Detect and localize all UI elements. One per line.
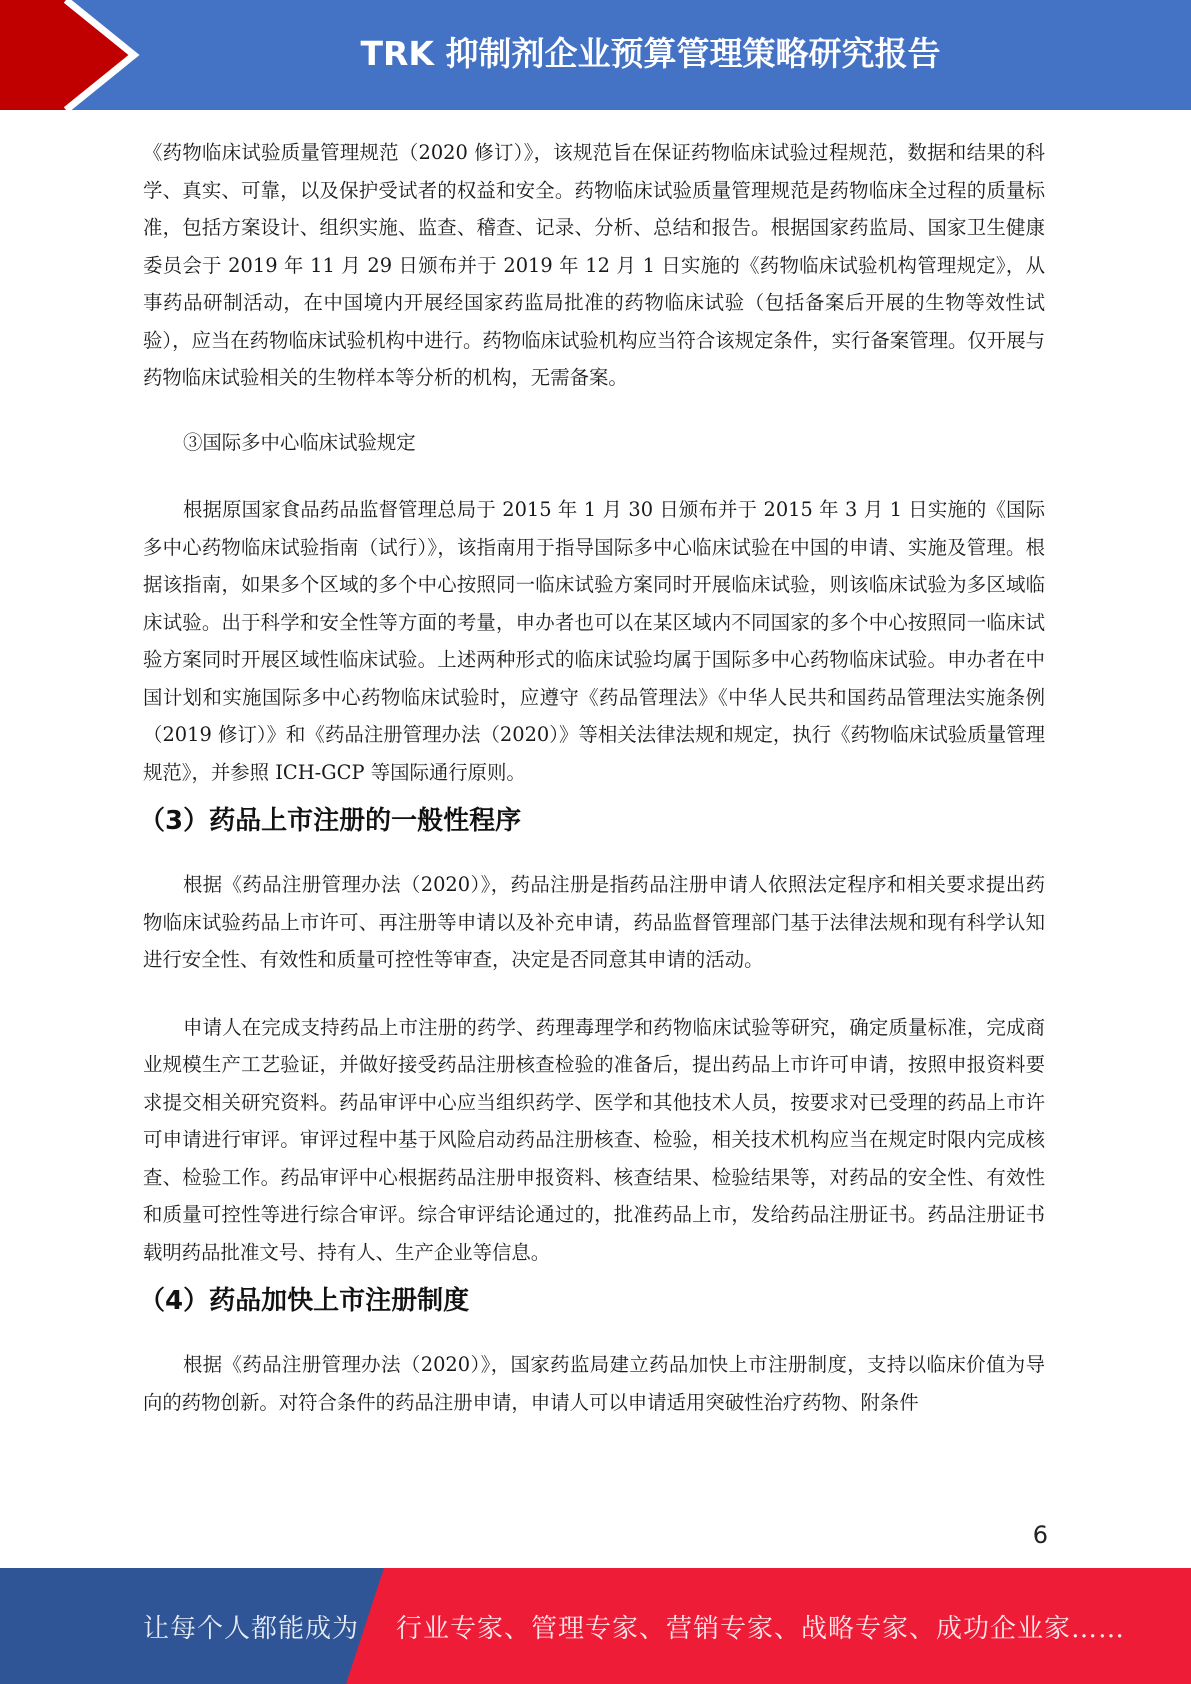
footer-slogan-left: 让每个人都能成为 [143, 1608, 359, 1645]
document-body: 《药物临床试验质量管理规范（2020 修订）》，该规范旨在保证药物临床试验过程规… [143, 134, 1045, 1421]
paragraph-multicenter-guideline: 根据原国家食品药品监督管理总局于 2015 年 1 月 30 日颁布并于 201… [143, 491, 1045, 791]
page-footer: 让每个人都能成为 行业专家、管理专家、营销专家、战略专家、成功企业家…… [0, 1568, 1191, 1684]
paragraph-marketing-application: 申请人在完成支持药品上市注册的药学、药理毒理学和药物临床试验等研究，确定质量标准… [143, 1009, 1045, 1272]
paragraph-gcp: 《药物临床试验质量管理规范（2020 修订）》，该规范旨在保证药物临床试验过程规… [143, 134, 1045, 397]
paragraph-accelerated-registration: 根据《药品注册管理办法（2020）》，国家药监局建立药品加快上市注册制度，支持以… [143, 1346, 1045, 1421]
section-heading-accelerated-registration: （4）药品加快上市注册制度 [139, 1281, 1045, 1321]
page-header: TRK 抑制剂企业预算管理策略研究报告 [0, 0, 1191, 110]
paragraph-registration-definition: 根据《药品注册管理办法（2020）》，药品注册是指药品注册申请人依照法定程序和相… [143, 866, 1045, 979]
report-title: TRK 抑制剂企业预算管理策略研究报告 [0, 28, 1191, 75]
section-heading-general-procedure: （3）药品上市注册的一般性程序 [139, 801, 1045, 841]
subsection-international-multicenter: ③国际多中心临床试验规定 [143, 424, 1045, 462]
footer-slogan-right: 行业专家、管理专家、营销专家、战略专家、成功企业家…… [396, 1608, 1125, 1645]
page-number: 6 [1033, 1521, 1048, 1549]
